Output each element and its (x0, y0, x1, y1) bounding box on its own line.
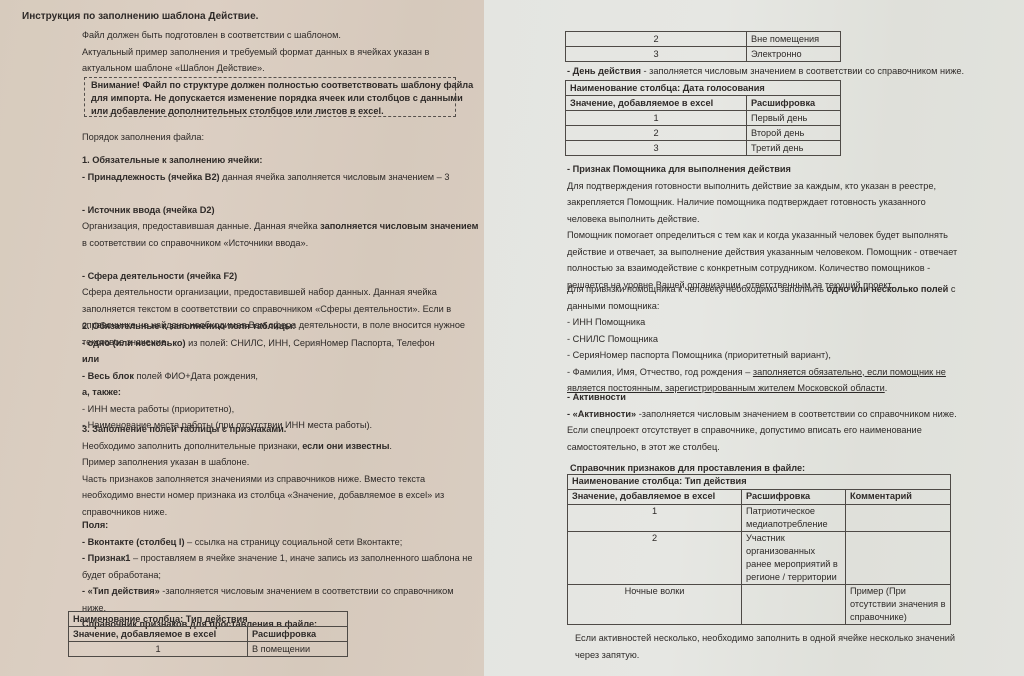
activities-table: Наименование столбца: Тип действия Значе… (567, 474, 951, 625)
day-of-action-text: - День действия - заполняется числовым з… (567, 63, 964, 80)
table-column-name: Наименование столбца: Дата голосования (566, 81, 841, 96)
left-page: Инструкция по заполнению шаблона Действи… (0, 0, 484, 676)
order-label: Порядок заполнения файла: (82, 129, 204, 146)
multiple-activities-note: Если активностей несколько, необходимо з… (575, 630, 955, 663)
table-header: Значение, добавляемое в excel (69, 627, 248, 642)
table-header: Значение, добавляемое в excel (568, 490, 742, 505)
table-row: 3 Электронно (566, 47, 841, 62)
table-header: Значение, добавляемое в excel (566, 96, 747, 111)
helper-binding-section: Для привязки помощника к человеку необхо… (567, 281, 955, 397)
warning-box: Внимание! Файл по структуре должен полно… (84, 77, 456, 117)
table-row: 1 Патриотическое медиапотребление (568, 505, 951, 532)
table-header: Комментарий (846, 490, 951, 505)
table-row: 1 Первый день (566, 111, 841, 126)
section-attributes: 3. Заполнение полей таблицы с признаками… (82, 421, 444, 520)
table-row: 2 Участник организованных ранее мероприя… (568, 532, 951, 585)
table-header: Расшифровка (248, 627, 348, 642)
table-column-name: Наименование столбца: Тип действия (69, 612, 348, 627)
action-type-table: Наименование столбца: Тип действия Значе… (68, 611, 348, 657)
intro-paragraph: Файл должен быть подготовлен в соответст… (82, 27, 429, 77)
table-row: 3 Третий день (566, 141, 841, 156)
voting-day-table: Наименование столбца: Дата голосования З… (565, 80, 841, 156)
section-required-fields: 2. Обязательные к заполнению поля таблиц… (82, 318, 435, 434)
helper-section: - Признак Помощника для выполнения дейст… (567, 161, 957, 293)
table-header: Расшифровка (747, 96, 841, 111)
table-row: 1 В помещении (69, 642, 348, 657)
document-title: Инструкция по заполнению шаблона Действи… (22, 11, 258, 22)
table-row: Ночные волки Пример (При отсутствии знач… (568, 585, 951, 625)
activities-section: - Активности - «Активности» -заполняется… (567, 389, 957, 455)
action-type-table-continued: 2 Вне помещения 3 Электронно (565, 31, 841, 62)
table-header: Расшифровка (742, 490, 846, 505)
table-column-name: Наименование столбца: Тип действия (568, 475, 951, 490)
table-row: 2 Второй день (566, 126, 841, 141)
table-row: 2 Вне помещения (566, 32, 841, 47)
